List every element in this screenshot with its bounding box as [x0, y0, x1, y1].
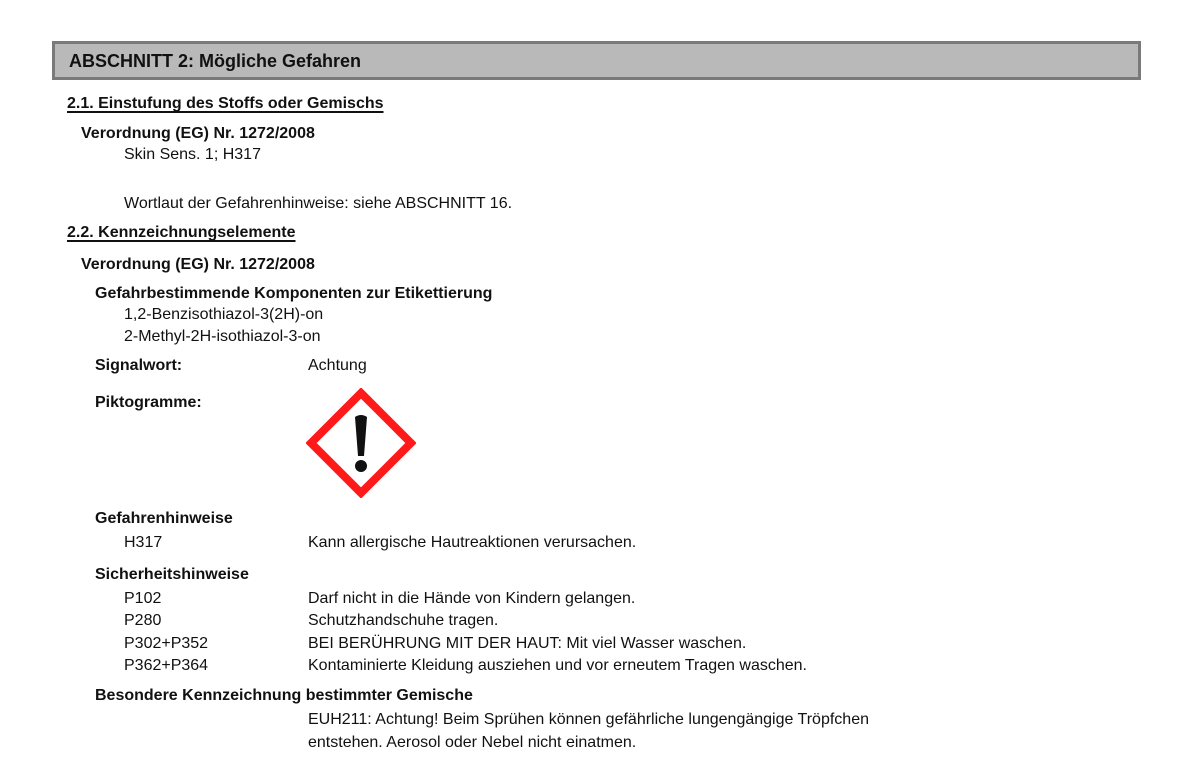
subsection-heading-2-1: 2.1. Einstufung des Stoffs oder Gemischs — [67, 94, 384, 114]
component-item: 2-Methyl-2H-isothiazol-3-on — [124, 327, 321, 347]
precautionary-statements-heading: Sicherheitshinweise — [95, 565, 249, 585]
component-item: 1,2-Benzisothiazol-3(2H)-on — [124, 305, 323, 325]
precautionary-statement-text: Kontaminierte Kleidung ausziehen und vor… — [308, 656, 807, 676]
subsection-heading-2-2: 2.2. Kennzeichnungselemente — [67, 223, 296, 243]
signal-word-value: Achtung — [308, 356, 367, 376]
precautionary-statement-text: Schutzhandschuhe tragen. — [308, 611, 498, 631]
section-title: ABSCHNITT 2: Mögliche Gefahren — [69, 51, 361, 72]
hazard-statements-heading: Gefahrenhinweise — [95, 509, 233, 529]
ghs07-exclamation-mark-icon — [306, 388, 416, 498]
components-heading: Gefahrbestimmende Komponenten zur Etiket… — [95, 284, 492, 304]
precautionary-statement-code: P302+P352 — [124, 634, 208, 654]
precautionary-statement-text: Darf nicht in die Hände von Kindern gela… — [308, 589, 635, 609]
hazard-statement-text: Kann allergische Hautreaktionen verursac… — [308, 533, 636, 553]
labelling-regulation: Verordnung (EG) Nr. 1272/2008 — [81, 255, 315, 275]
classification-regulation: Verordnung (EG) Nr. 1272/2008 — [81, 124, 315, 144]
classification-class: Skin Sens. 1; H317 — [124, 145, 261, 165]
special-labelling-heading: Besondere Kennzeichnung bestimmter Gemis… — [95, 686, 473, 706]
precautionary-statement-code: P362+P364 — [124, 656, 208, 676]
hazard-statement-code: H317 — [124, 533, 162, 553]
section-header: ABSCHNITT 2: Mögliche Gefahren — [52, 41, 1141, 80]
precautionary-statement-code: P102 — [124, 589, 161, 609]
precautionary-statement-text: BEI BERÜHRUNG MIT DER HAUT: Mit viel Was… — [308, 634, 746, 654]
signal-word-label: Signalwort: — [95, 356, 182, 376]
precautionary-statement-code: P280 — [124, 611, 161, 631]
special-labelling-line: entstehen. Aerosol oder Nebel nicht eina… — [308, 733, 636, 753]
pictograms-label: Piktogramme: — [95, 393, 202, 413]
wording-note: Wortlaut der Gefahrenhinweise: siehe ABS… — [124, 194, 512, 214]
special-labelling-line: EUH211: Achtung! Beim Sprühen können gef… — [308, 710, 869, 730]
